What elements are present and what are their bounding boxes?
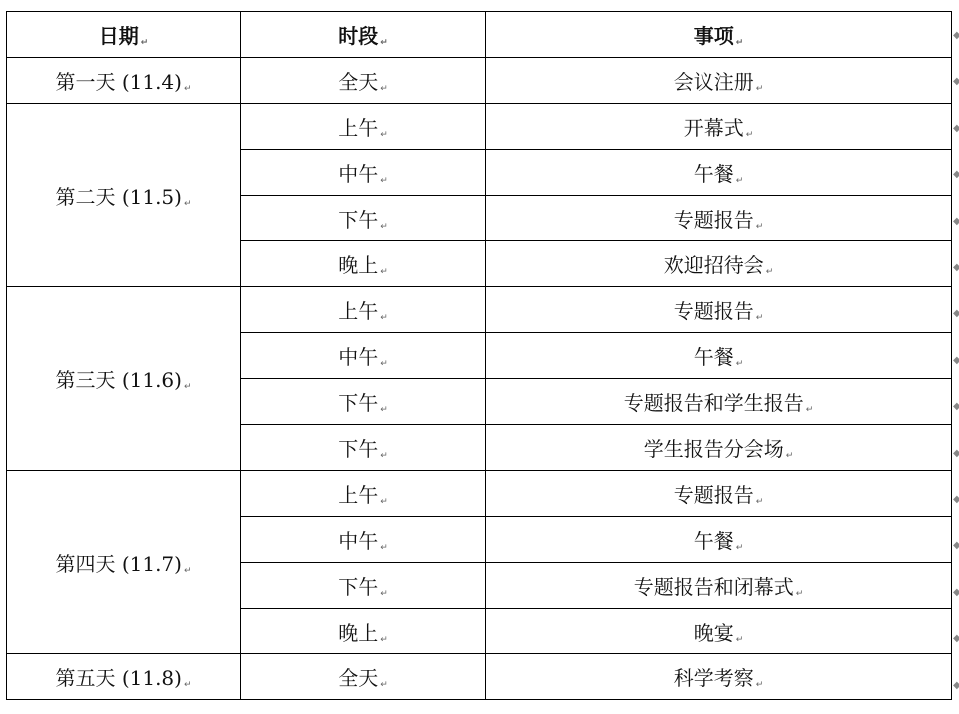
table-row: 第三天 (11.6)↵ 上午↵ 专题报告↵ (7, 287, 952, 333)
event-cell[interactable]: 专题报告和闭幕式↵ (486, 562, 952, 608)
paragraph-mark-icon: ↵ (380, 84, 388, 94)
row-end-mark-icon: ◆ (953, 77, 959, 87)
event-cell[interactable]: 欢迎招待会↵ (486, 241, 952, 287)
date-cell[interactable]: 第二天 (11.5)↵ (7, 103, 241, 287)
row-end-mark-icon: ◆ (953, 356, 959, 366)
header-row: 日期↵ 时段↵ 事项↵ (7, 12, 952, 58)
row-end-mark-icon: ◆ (953, 681, 959, 691)
paragraph-mark-icon: ↵ (756, 497, 764, 507)
time-cell[interactable]: 全天↵ (241, 57, 486, 103)
row-end-mark-icon: ◆ (953, 449, 959, 459)
row-end-mark-icon: ◆ (953, 634, 959, 644)
time-cell[interactable]: 下午↵ (241, 425, 486, 471)
time-cell[interactable]: 下午↵ (241, 195, 486, 241)
time-cell[interactable]: 晚上↵ (241, 608, 486, 654)
table-row: 第一天 (11.4)↵ 全天↵ 会议注册↵ (7, 57, 952, 103)
time-cell[interactable]: 中午↵ (241, 333, 486, 379)
paragraph-mark-icon: ↵ (184, 680, 192, 690)
paragraph-mark-icon: ↵ (141, 38, 149, 48)
time-cell[interactable]: 中午↵ (241, 149, 486, 195)
row-end-mark-icon: ◆ (953, 124, 959, 134)
row-end-mark-icon: ◆ (953, 588, 959, 598)
row-end-mark-icon: ◆ (953, 402, 959, 412)
row-end-mark-icon: ◆ (953, 217, 959, 227)
time-cell[interactable]: 下午↵ (241, 562, 486, 608)
paragraph-mark-icon: ↵ (380, 589, 388, 599)
event-cell[interactable]: 专题报告↵ (486, 287, 952, 333)
header-time[interactable]: 时段↵ (241, 12, 486, 58)
event-cell[interactable]: 午餐↵ (486, 149, 952, 195)
paragraph-mark-icon: ↵ (756, 313, 764, 323)
row-end-mark-icon: ◆ (953, 31, 959, 41)
paragraph-mark-icon: ↵ (786, 451, 794, 461)
event-cell[interactable]: 科学考察↵ (486, 654, 952, 700)
paragraph-mark-icon: ↵ (380, 38, 388, 48)
paragraph-mark-icon: ↵ (380, 680, 388, 690)
table-row: 第二天 (11.5)↵ 上午↵ 开幕式↵ (7, 103, 952, 149)
paragraph-mark-icon: ↵ (184, 382, 192, 392)
paragraph-mark-icon: ↵ (380, 313, 388, 323)
paragraph-mark-icon: ↵ (184, 84, 192, 94)
paragraph-mark-icon: ↵ (796, 589, 804, 599)
paragraph-mark-icon: ↵ (736, 543, 744, 553)
schedule-table: 日期↵ 时段↵ 事项↵ 第一天 (11.4)↵ 全天↵ 会议注册↵ 第二天 (1… (6, 11, 952, 700)
date-cell[interactable]: 第三天 (11.6)↵ (7, 287, 241, 471)
event-cell[interactable]: 午餐↵ (486, 516, 952, 562)
event-cell[interactable]: 午餐↵ (486, 333, 952, 379)
row-end-mark-icon: ◆ (953, 263, 959, 273)
paragraph-mark-icon: ↵ (380, 359, 388, 369)
paragraph-mark-icon: ↵ (766, 267, 774, 277)
time-cell[interactable]: 下午↵ (241, 379, 486, 425)
paragraph-mark-icon: ↵ (380, 222, 388, 232)
paragraph-mark-icon: ↵ (756, 222, 764, 232)
header-date[interactable]: 日期↵ (7, 12, 241, 58)
paragraph-mark-icon: ↵ (736, 38, 744, 48)
row-end-mark-icon: ◆ (953, 541, 959, 551)
time-cell[interactable]: 中午↵ (241, 516, 486, 562)
paragraph-mark-icon: ↵ (380, 405, 388, 415)
time-cell[interactable]: 上午↵ (241, 103, 486, 149)
paragraph-mark-icon: ↵ (736, 359, 744, 369)
paragraph-mark-icon: ↵ (380, 130, 388, 140)
event-cell[interactable]: 开幕式↵ (486, 103, 952, 149)
paragraph-mark-icon: ↵ (380, 176, 388, 186)
row-end-mark-icon: ◆ (953, 495, 959, 505)
paragraph-mark-icon: ↵ (380, 497, 388, 507)
date-cell[interactable]: 第四天 (11.7)↵ (7, 470, 241, 654)
paragraph-mark-icon: ↵ (756, 680, 764, 690)
paragraph-mark-icon: ↵ (746, 130, 754, 140)
paragraph-mark-icon: ↵ (380, 635, 388, 645)
time-cell[interactable]: 上午↵ (241, 287, 486, 333)
event-cell[interactable]: 专题报告和学生报告↵ (486, 379, 952, 425)
paragraph-mark-icon: ↵ (184, 566, 192, 576)
table-row: 第五天 (11.8)↵ 全天↵ 科学考察↵ (7, 654, 952, 700)
event-cell[interactable]: 专题报告↵ (486, 470, 952, 516)
event-cell[interactable]: 会议注册↵ (486, 57, 952, 103)
paragraph-mark-icon: ↵ (756, 84, 764, 94)
paragraph-mark-icon: ↵ (736, 635, 744, 645)
table-row: 第四天 (11.7)↵ 上午↵ 专题报告↵ (7, 470, 952, 516)
header-event[interactable]: 事项↵ (486, 12, 952, 58)
time-cell[interactable]: 晚上↵ (241, 241, 486, 287)
date-cell[interactable]: 第一天 (11.4)↵ (7, 57, 241, 103)
row-end-mark-icon: ◆ (953, 309, 959, 319)
time-cell[interactable]: 全天↵ (241, 654, 486, 700)
paragraph-mark-icon: ↵ (380, 543, 388, 553)
paragraph-mark-icon: ↵ (736, 176, 744, 186)
event-cell[interactable]: 专题报告↵ (486, 195, 952, 241)
time-cell[interactable]: 上午↵ (241, 470, 486, 516)
row-end-mark-icon: ◆ (953, 170, 959, 180)
date-cell[interactable]: 第五天 (11.8)↵ (7, 654, 241, 700)
paragraph-mark-icon: ↵ (380, 267, 388, 277)
paragraph-mark-icon: ↵ (380, 451, 388, 461)
paragraph-mark-icon: ↵ (806, 405, 814, 415)
event-cell[interactable]: 学生报告分会场↵ (486, 425, 952, 471)
event-cell[interactable]: 晚宴↵ (486, 608, 952, 654)
paragraph-mark-icon: ↵ (184, 199, 192, 209)
